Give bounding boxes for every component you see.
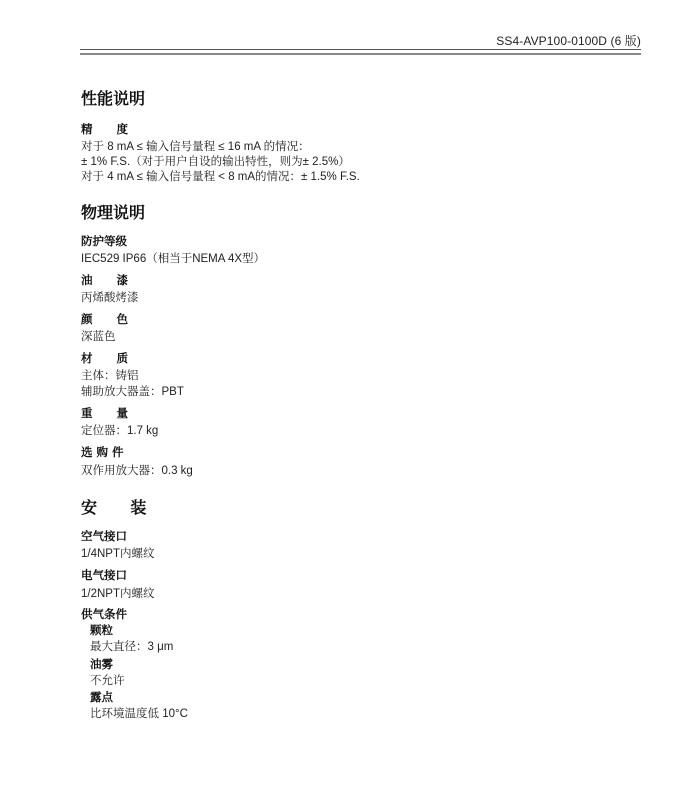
label-options: 选 购 件 [81,444,124,460]
label-particles: 颗粒 [90,622,113,638]
label-air-supply: 供气条件 [81,606,127,622]
section-title-installation: 安 装 [81,495,146,518]
accuracy-line-2: ± 1% F.S.（对于用户自设的输出特性，则为± 2.5%） [81,153,350,169]
label-weight: 重 量 [81,405,128,421]
label-material: 材 质 [81,350,128,366]
label-dew-point: 露点 [90,689,113,705]
label-color: 颜 色 [81,311,128,327]
value-oil-mist: 不允许 [90,672,125,688]
label-electrical-connection: 电气接口 [81,567,127,583]
label-protection: 防护等级 [81,233,127,249]
label-air-connection: 空气接口 [81,528,127,544]
value-weight: 定位器：1.7 kg [81,422,158,438]
label-accuracy: 精 度 [81,121,128,137]
value-color: 深蓝色 [81,328,116,344]
document-id: SS4-AVP100-0100D (6 版) [496,32,641,49]
accuracy-line-3: 对于 4 mA ≤ 输入信号量程 < 8 mA的情况：± 1.5% F.S. [81,168,360,184]
value-paint: 丙烯酸烤漆 [81,289,139,305]
value-particles: 最大直径：3 μm [90,638,173,654]
value-air-connection: 1/4NPT内螺纹 [81,545,155,561]
value-material-body: 主体：铸铝 [81,367,139,383]
header-rule-bottom [80,53,641,55]
label-paint: 油 漆 [81,272,128,288]
value-material-cover: 辅助放大器盖：PBT [81,383,184,399]
value-electrical-connection: 1/2NPT内螺纹 [81,585,155,601]
value-options: 双作用放大器：0.3 kg [81,462,193,478]
header-rule-top [80,49,641,50]
section-title-performance: 性能说明 [81,86,145,109]
section-title-physical: 物理说明 [81,200,145,223]
accuracy-line-1: 对于 8 mA ≤ 输入信号量程 ≤ 16 mA 的情况： [81,138,310,154]
value-protection: IEC529 IP66（相当于NEMA 4X型） [81,250,265,266]
label-oil-mist: 油雾 [90,656,113,672]
value-dew-point: 比环境温度低 10°C [90,705,188,721]
